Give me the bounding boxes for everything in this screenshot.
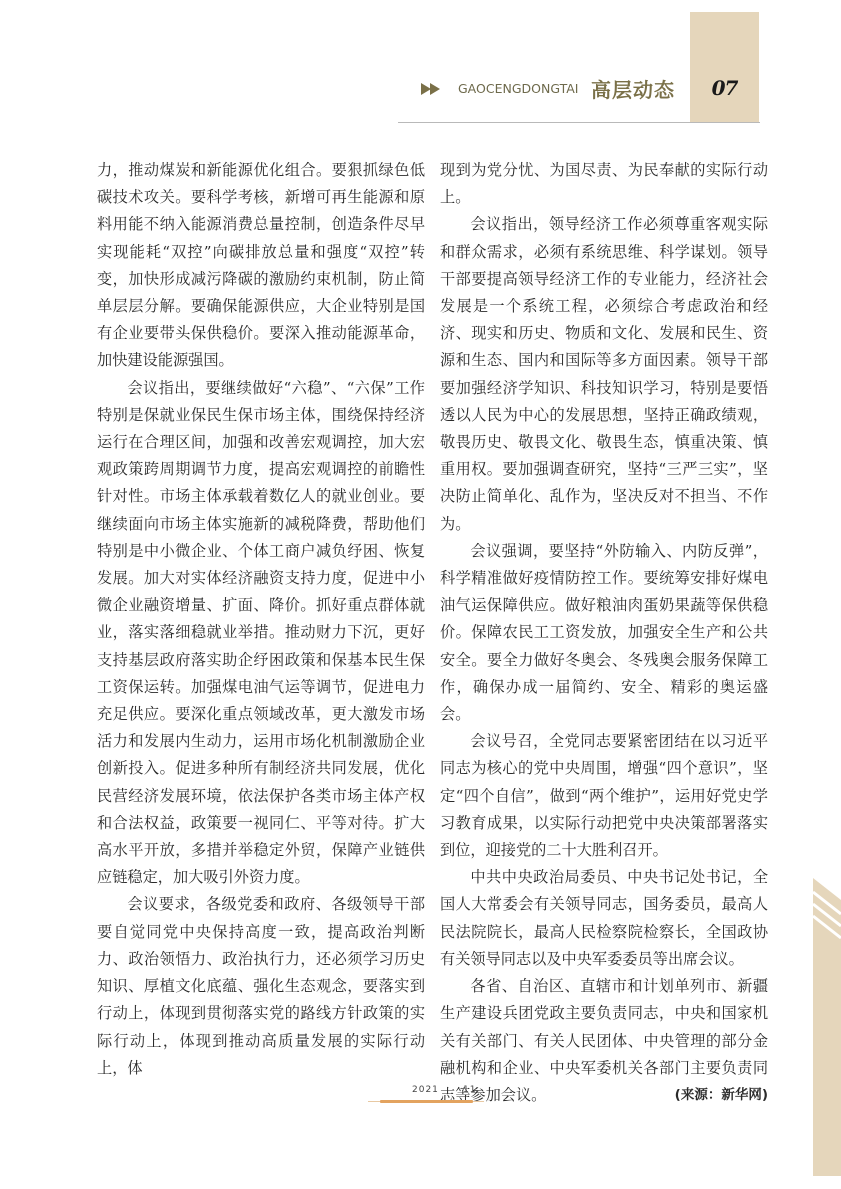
article-right-column: 现到为党分忧、为国尽责、为民奉献的实际行动上。 会议指出，领导经济工作必须尊重客… bbox=[440, 157, 768, 1109]
header-divider bbox=[398, 122, 760, 123]
paragraph: 会议指出，要继续做好“六稳”、“六保”工作特别是保就业保民生保市场主体，围绕保持… bbox=[97, 375, 425, 892]
paragraph: 会议指出，领导经济工作必须尊重客观实际和群众需求，必须有系统思维、科学谋划。领导… bbox=[440, 211, 768, 537]
section-title-cn: 高层动态 bbox=[591, 74, 675, 103]
page-tab bbox=[690, 12, 759, 123]
paragraph: 力，推动煤炭和新能源优化组合。要狠抓绿色低碳技术攻关。要科学考核，新增可再生能源… bbox=[97, 157, 425, 375]
decorative-stripe-icon bbox=[813, 878, 841, 1176]
double-right-arrow-icon bbox=[421, 83, 441, 95]
section-title-en: GAOCENGDONGTAI bbox=[458, 81, 578, 96]
paragraph: 会议强调，要坚持“外防输入、内防反弹”，科学精准做好疫情防控工作。要统筹安排好煤… bbox=[440, 538, 768, 728]
paragraph: 中共中央政治局委员、中央书记处书记，全国人大常委会有关领导同志，国务委员，最高人… bbox=[440, 864, 768, 973]
paragraph: 会议要求，各级党委和政府、各级领导干部要自觉同党中央保持高度一致，提高政治判断力… bbox=[97, 891, 425, 1081]
paragraph: 会议号召，全党同志要紧密团结在以习近平同志为核心的党中央周围，增强“四个意识”，… bbox=[440, 728, 768, 864]
footer-year: 2021 bbox=[412, 1085, 439, 1095]
footer-line-accent bbox=[380, 1100, 473, 1103]
footer-issue: 11 bbox=[463, 1085, 476, 1095]
article-left-column: 力，推动煤炭和新能源优化组合。要狠抓绿色低碳技术攻关。要科学考核，新增可再生能源… bbox=[97, 157, 425, 1082]
page-number: 07 bbox=[690, 76, 759, 100]
paragraph: 现到为党分忧、为国尽责、为民奉献的实际行动上。 bbox=[440, 157, 768, 211]
